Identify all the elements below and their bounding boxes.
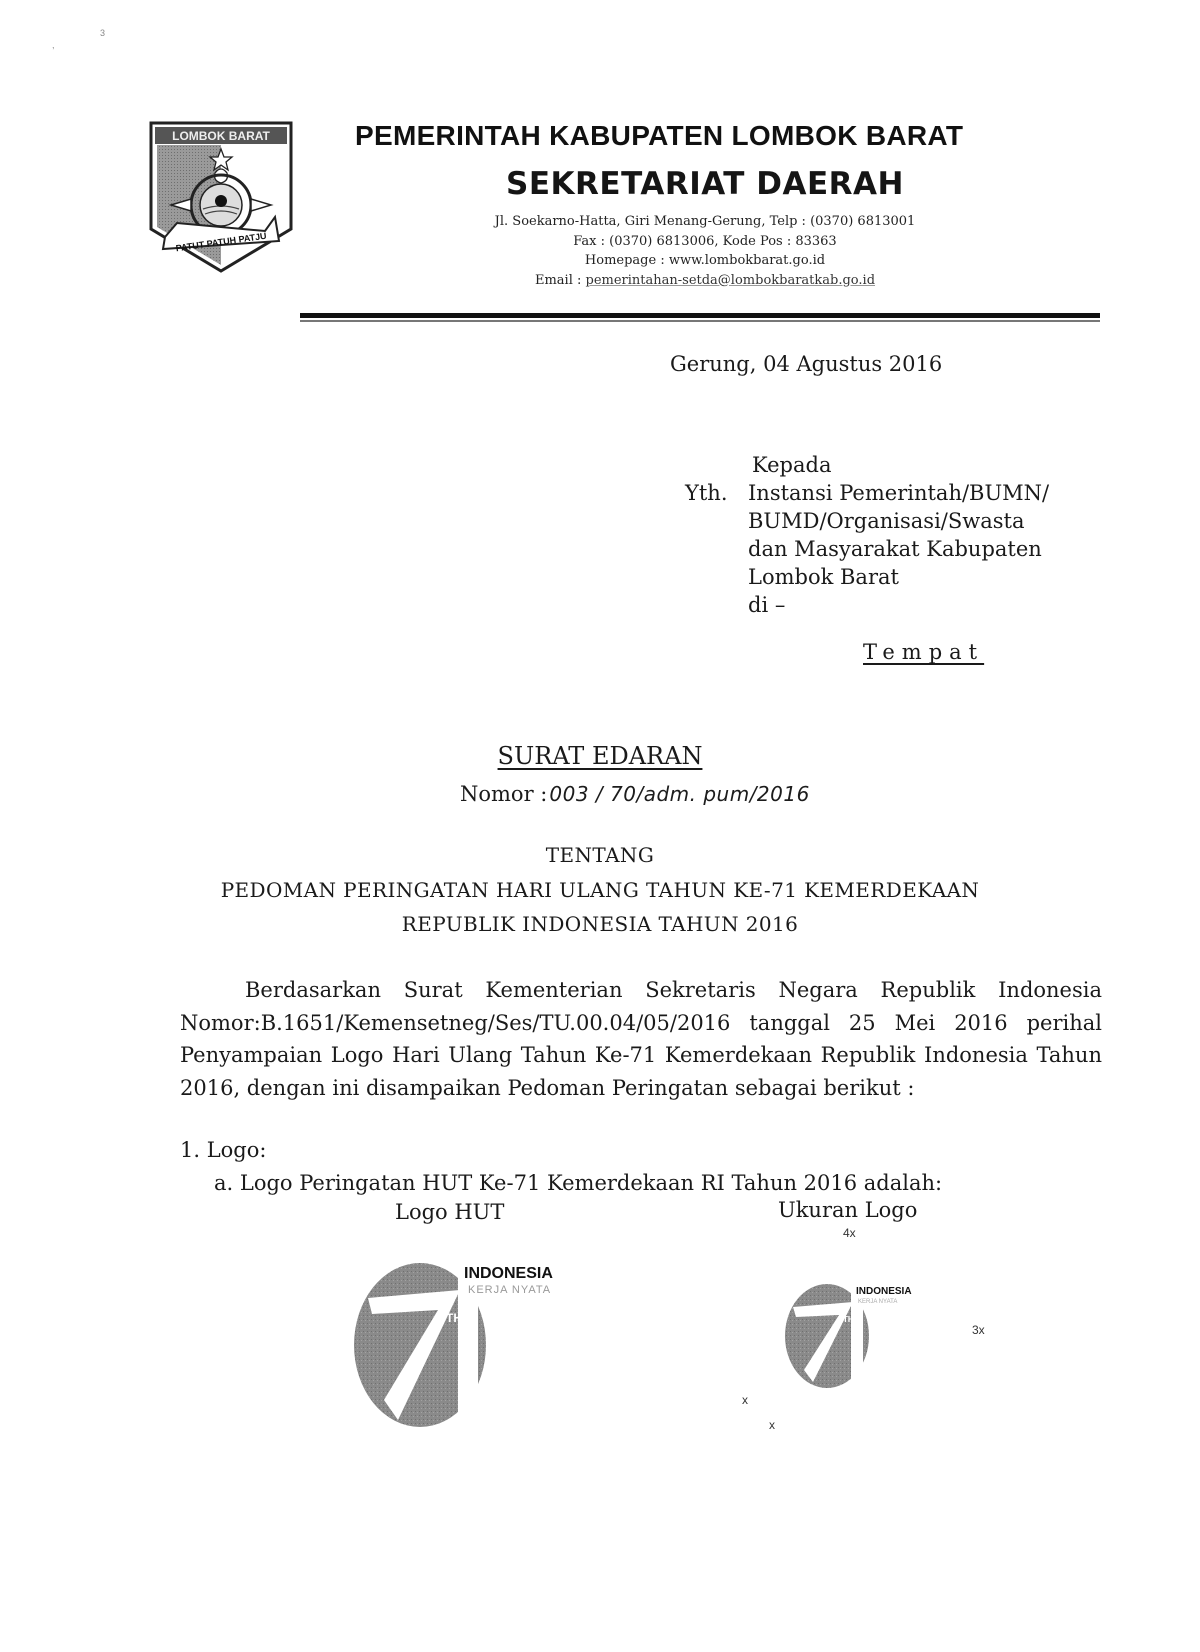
list-item-logo: 1. Logo: — [180, 1138, 266, 1162]
list-subitem-a: a. Logo Peringatan HUT Ke-71 Kemerdekaan… — [214, 1171, 942, 1195]
scan-speck: , — [52, 40, 55, 50]
letter-date: Gerung, 04 Agustus 2016 — [670, 352, 942, 376]
government-name: PEMERINTAH KABUPATEN LOMBOK BARAT — [355, 120, 1055, 152]
letterhead-rule — [300, 313, 1100, 318]
body-paragraph: Berdasarkan Surat Kementerian Sekretaris… — [180, 974, 1102, 1104]
logo-small-text-th: TH — [843, 1315, 854, 1324]
scan-speck: 3 — [100, 28, 105, 38]
logo-small-text-indonesia: INDONESIA — [856, 1286, 912, 1297]
office-name: SEKRETARIAT DAERAH — [355, 166, 1055, 202]
addressee-tempat: Tempat — [863, 640, 984, 664]
addressee-block: Instansi Pemerintah/BUMN/ BUMD/Organisas… — [748, 479, 1049, 619]
address-line: Jl. Soekarno-Hatta, Giri Menang-Gerung, … — [355, 212, 1055, 232]
homepage-line: Homepage : www.lombokbarat.go.id — [355, 251, 1055, 271]
subject-line-1: PEDOMAN PERINGATAN HARI ULANG TAHUN KE-7… — [0, 878, 1200, 902]
email-line: Email : pemerintahan-setda@lombokbaratka… — [355, 271, 1055, 291]
letter-type-text: SURAT EDARAN — [498, 742, 703, 770]
emblem-banner-text: LOMBOK BARAT — [172, 129, 270, 143]
hut-71-logo-size-sample: INDONESIA KERJA NYATA TH — [785, 1278, 945, 1398]
handwritten-number: 003 / 70/adm. pum/2016 — [549, 782, 809, 806]
subject-line-2: REPUBLIK INDONESIA TAHUN 2016 — [0, 912, 1200, 936]
logo-size-label: Ukuran Logo — [778, 1198, 917, 1222]
email-link[interactable]: pemerintahan-setda@lombokbaratkab.go.id — [586, 273, 876, 288]
email-label: Email : — [535, 273, 586, 288]
hut-71-logo: INDONESIA KERJA NYATA TH — [354, 1250, 584, 1430]
letter-type: SURAT EDARAN — [0, 742, 1200, 770]
addressee-line: Lombok Barat — [748, 563, 1049, 591]
body-text: Berdasarkan Surat Kementerian Sekretaris… — [180, 974, 1102, 1104]
number-label: Nomor : — [460, 782, 547, 806]
letter-number: Nomor :003 / 70/adm. pum/2016 — [460, 782, 810, 806]
dimension-3x: 3x — [972, 1323, 985, 1337]
contact-block: Jl. Soekarno-Hatta, Giri Menang-Gerung, … — [355, 212, 1055, 290]
letterhead-rule-thin — [300, 320, 1100, 322]
fax-line: Fax : (0370) 6813006, Kode Pos : 83363 — [355, 232, 1055, 252]
dimension-x-2: x — [769, 1418, 775, 1432]
logo-text-indonesia: INDONESIA — [464, 1265, 553, 1282]
addressee-yth: Yth. — [685, 479, 728, 507]
dimension-x-1: x — [742, 1393, 748, 1407]
logo-text-th: TH — [446, 1311, 462, 1325]
addressee-kepada: Kepada — [752, 451, 831, 479]
logo-hut-label: Logo HUT — [395, 1200, 504, 1224]
lombok-barat-emblem: LOMBOK BARAT PATUT PATUH PATJU — [147, 119, 295, 275]
addressee-line: di – — [748, 591, 1049, 619]
addressee-line: dan Masyarakat Kabupaten — [748, 535, 1049, 563]
dimension-4x: 4x — [843, 1226, 856, 1240]
addressee-line: Instansi Pemerintah/BUMN/ — [748, 479, 1049, 507]
logo-small-text-kerja-nyata: KERJA NYATA — [858, 1299, 897, 1305]
addressee-line: BUMD/Organisasi/Swasta — [748, 507, 1049, 535]
subject-heading: TENTANG — [0, 843, 1200, 867]
logo-text-kerja-nyata: KERJA NYATA — [468, 1284, 551, 1296]
